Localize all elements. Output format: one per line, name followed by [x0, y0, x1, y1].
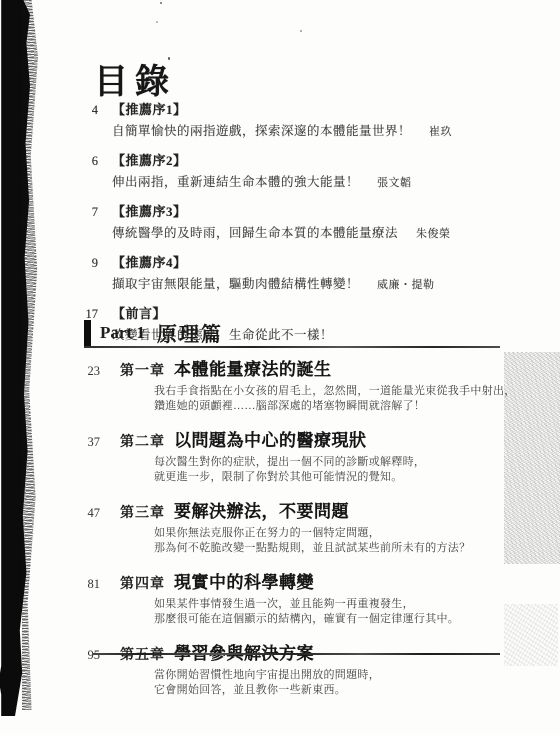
chapter-title: 以問題為中心的醫療現狀: [174, 426, 367, 451]
chapter-description-line1: 如果你無法克服你正在努力的一個特定問題，: [154, 526, 514, 541]
preface-entry: 7 【推薦序3】 傳統醫學的及時雨，回歸生命本質的本體能量療法朱俊榮: [84, 201, 494, 241]
part-marker-bar: [84, 320, 91, 346]
preface-label: 【推薦序2】: [112, 150, 187, 169]
chapter-label: 第一章: [120, 360, 165, 380]
part-header: Part 1 原理篇: [84, 318, 500, 347]
page-number: 7: [84, 205, 98, 220]
preface-label: 【推薦序3】: [112, 201, 187, 220]
scan-speck: [160, 2, 162, 4]
chapter-title: 本體能量療法的誕生: [174, 355, 332, 380]
chapter-description-line2: 那為何不乾脆改變一點點規則，並且試試某些前所未有的方法？: [154, 541, 514, 556]
preface-subtitle: 自簡單愉快的兩指遊戲，探索深邃的本體能量世界！崔玖: [112, 121, 494, 139]
chapter-title: 學習參與解決方案: [174, 639, 314, 664]
chapter-entry: 81 第四章 現實中的科學轉變 如果某件事情發生過一次，並且能夠一再重複發生， …: [84, 568, 514, 626]
chapter-entry: 37 第二章 以問題為中心的醫療現狀 每次醫生對你的症狀，提出一個不同的診斷或解…: [84, 426, 514, 484]
preface-author: 朱俊榮: [416, 228, 451, 240]
scan-speck: [300, 30, 302, 32]
preface-subtitle: 伸出兩指，重新連結生命本體的強大能量！張文韜: [112, 172, 494, 190]
chapter-description-line1: 如果某件事情發生過一次，並且能夠一再重複發生，: [154, 597, 514, 612]
part-title: 原理篇: [157, 318, 223, 347]
preface-subtitle-text: 自簡單愉快的兩指遊戲，探索深邃的本體能量世界！: [112, 124, 411, 138]
preface-entry: 6 【推薦序2】 伸出兩指，重新連結生命本體的強大能量！張文韜: [84, 150, 494, 190]
page-number: 4: [84, 103, 98, 118]
preface-label: 【推薦序1】: [112, 99, 187, 118]
chapter-description-line1: 我右手食指點在小女孩的眉毛上，忽然間，一道能量光束從我手中射出，: [154, 384, 514, 399]
chapter-entry: 23 第一章 本體能量療法的誕生 我右手食指點在小女孩的眉毛上，忽然間，一道能量…: [84, 355, 514, 413]
preface-subtitle: 擷取宇宙無限能量，驅動肉體結構性轉變！威廉・提勒: [112, 274, 494, 292]
chapter-page-number: 81: [84, 577, 100, 592]
chapter-list: 23 第一章 本體能量療法的誕生 我右手食指點在小女孩的眉毛上，忽然間，一道能量…: [84, 355, 514, 710]
frontmatter-list: 4 【推薦序1】 自簡單愉快的兩指遊戲，探索深邃的本體能量世界！崔玖 6 【推薦…: [84, 99, 494, 354]
preface-author: 威廉・提勒: [377, 279, 435, 291]
page-number: 9: [84, 256, 98, 271]
chapter-description-line2: 那麼很可能在這個顯示的結構內，確實有一個定律運行其中。: [154, 612, 514, 627]
part-label: Part 1: [100, 323, 145, 343]
scan-gutter-noise-edge: [22, 0, 38, 710]
chapter-label: 第四章: [120, 573, 165, 593]
preface-author: 張文韜: [377, 177, 412, 189]
preface-subtitle-text: 伸出兩指，重新連結生命本體的強大能量！: [112, 175, 359, 189]
chapter-description-line1: 當你開始習慣性地向宇宙提出開放的問題時，: [154, 668, 514, 683]
chapter-description-line2: 它會開始回答，並且教你一些新東西。: [154, 683, 514, 698]
preface-entry: 4 【推薦序1】 自簡單愉快的兩指遊戲，探索深邃的本體能量世界！崔玖: [84, 99, 494, 139]
scan-speck: [156, 21, 158, 23]
preface-subtitle: 傳統醫學的及時雨，回歸生命本質的本體能量療法朱俊榮: [112, 223, 494, 241]
page-title: 目錄: [94, 54, 176, 103]
chapter-description: 我右手食指點在小女孩的眉毛上，忽然間，一道能量光束從我手中射出， 鑽進她的頭顱裡…: [154, 384, 514, 413]
preface-subtitle-text: 擷取宇宙無限能量，驅動肉體結構性轉變！: [112, 277, 359, 291]
chapter-page-number: 95: [84, 648, 100, 663]
chapter-title: 現實中的科學轉變: [174, 568, 314, 593]
chapter-description: 每次醫生對你的症狀，提出一個不同的診斷或解釋時， 就更進一步，限制了你對於其他可…: [154, 455, 514, 484]
chapter-entry: 47 第三章 要解決辦法，不要問題 如果你無法克服你正在努力的一個特定問題， 那…: [84, 497, 514, 555]
chapter-description: 當你開始習慣性地向宇宙提出開放的問題時， 它會開始回答，並且教你一些新東西。: [154, 668, 514, 697]
chapter-description: 如果你無法克服你正在努力的一個特定問題， 那為何不乾脆改變一點點規則，並且試試某…: [154, 526, 514, 555]
chapter-description-line2: 鑽進她的頭顱裡……腦部深處的堵塞物瞬間就溶解了！: [154, 399, 514, 414]
chapter-description-line1: 每次醫生對你的症狀，提出一個不同的診斷或解釋時，: [154, 455, 514, 470]
chapter-description-line2: 就更進一步，限制了你對於其他可能情況的覺知。: [154, 470, 514, 485]
chapter-label: 第三章: [120, 502, 165, 522]
preface-label: 【推薦序4】: [112, 252, 187, 271]
chapter-description: 如果某件事情發生過一次，並且能夠一再重複發生， 那麼很可能在這個顯示的結構內，確…: [154, 597, 514, 626]
chapter-entry: 95 第五章 學習參與解決方案 當你開始習慣性地向宇宙提出開放的問題時， 它會開…: [84, 639, 514, 697]
chapter-title: 要解決辦法，不要問題: [174, 497, 349, 522]
preface-subtitle-text: 傳統醫學的及時雨，回歸生命本質的本體能量療法: [112, 226, 398, 240]
chapter-page-number: 37: [84, 435, 100, 450]
preface-author: 崔玖: [429, 126, 452, 138]
scanned-book-page: 目錄 4 【推薦序1】 自簡單愉快的兩指遊戲，探索深邃的本體能量世界！崔玖 6 …: [0, 0, 560, 735]
part-divider-line: [84, 346, 500, 348]
footer-divider-line: [92, 653, 500, 655]
chapter-label: 第二章: [120, 431, 165, 451]
page-number: 6: [84, 154, 98, 169]
chapter-page-number: 47: [84, 506, 100, 521]
chapter-page-number: 23: [84, 364, 100, 379]
preface-entry: 9 【推薦序4】 擷取宇宙無限能量，驅動肉體結構性轉變！威廉・提勒: [84, 252, 494, 292]
